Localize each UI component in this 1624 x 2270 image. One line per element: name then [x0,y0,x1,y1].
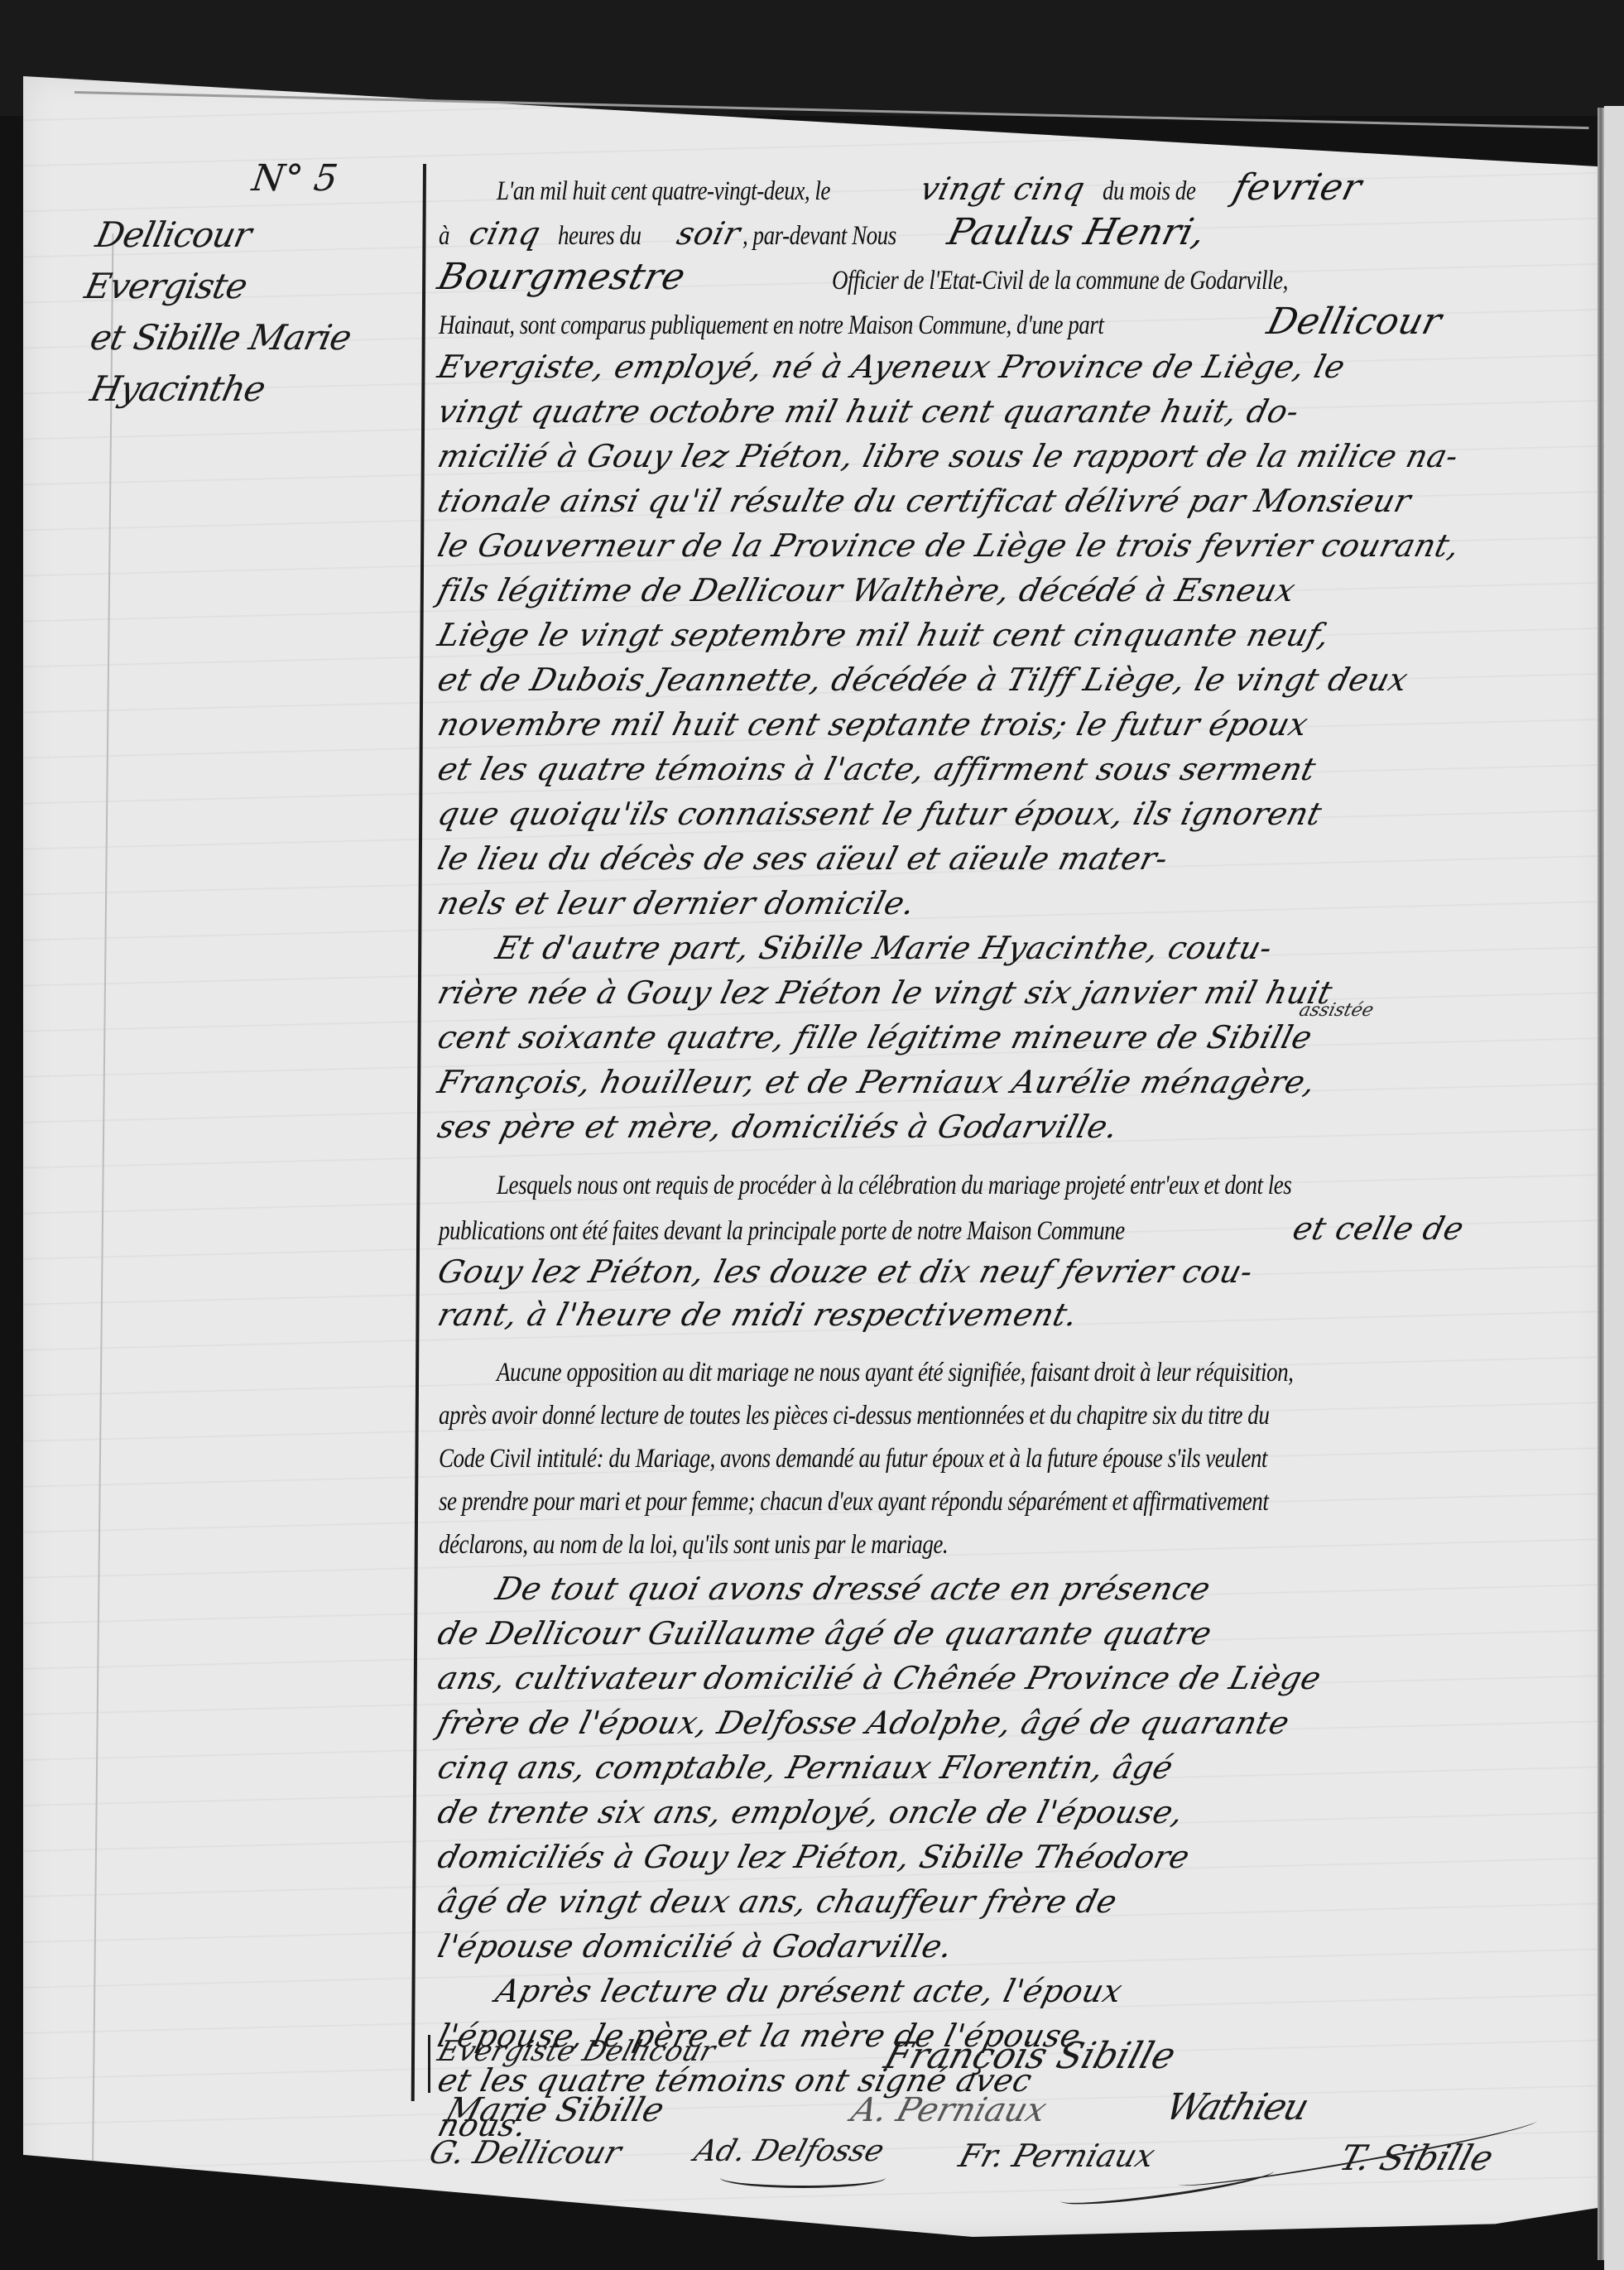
handwritten-line: cent soixante quatre, fille légitime min… [433,1015,1317,1060]
printed-text: Code Civil intitulé: du Mariage, avons d… [439,1437,1267,1480]
margin-name-line: Hyacinthe [85,363,419,415]
act-body: L'an mil huit cent quatre-vingt-deux, le… [439,166,1581,2147]
handwritten-officer-title: Bourgmestre [433,255,689,300]
signature-bride-father: François Sibille [880,2035,1180,2077]
printed-text: du mois de [1103,169,1195,214]
handwritten-line: ses père et mère, domiciliés à Godarvill… [433,1104,1123,1149]
margin-name-line: et Sibille Marie [85,312,419,363]
signature-witness-delfosse: Ad. Delfosse [690,2134,888,2168]
signature-bride: Marie Sibille [441,2091,668,2129]
handwritten-period: soir [672,211,745,256]
handwritten-line: Liège le vingt septembre mil huit cent c… [433,613,1334,657]
handwritten-line: cinq ans, comptable, Perniaux Florentin,… [433,1745,1178,1790]
signature-bride-mother: A. Perniaux [847,2091,1050,2129]
handwritten-line: novembre mil huit cent septante trois; l… [433,702,1313,747]
handwritten-line: fils légitime de Dellicour Walthère, déc… [433,568,1300,613]
groom-paragraph: Evergiste, employé, né à Ayeneux Provinc… [439,344,1581,926]
printed-text: déclarons, au nom de la loi, qu'ils sont… [439,1523,948,1566]
handwritten-line: Evergiste, employé, né à Ayeneux Provinc… [433,344,1350,389]
handwritten-line: vingt quatre octobre mil huit cent quara… [433,389,1304,434]
handwritten-line: de Dellicour Guillaume âgé de quarante q… [433,1611,1217,1656]
handwritten-line: Après lecture du présent acte, l'époux [491,1969,1127,2013]
opening-line-4: Hainaut, sont comparus publiquement en n… [439,300,1581,344]
printed-text: Officier de l'Etat-Civil de la commune d… [832,258,1288,303]
handwritten-day: vingt cinq [916,166,1090,211]
handwritten-line: le lieu du décès de ses aïeul et aïeule … [433,836,1173,881]
witnesses-paragraph: De tout quoi avons dressé acte en présen… [439,1566,1581,1969]
bride-paragraph: Et d'autre part, Sibille Marie Hyacinthe… [439,926,1581,1149]
handwritten-line: que quoiqu'ils connaissent le futur épou… [433,791,1327,836]
printed-text: après avoir donné lecture de toutes les … [439,1394,1269,1437]
handwritten-line: domiciliés à Gouy lez Piéton, Sibille Th… [433,1835,1194,1879]
binding-margin-line [92,233,114,2204]
printed-text: heures du [558,214,641,258]
handwritten-line: ans, cultivateur domicilié à Chênée Prov… [433,1656,1326,1700]
handwritten-hour: cinq [464,211,545,256]
margin-column: N° 5 Dellicour Evergiste et Sibille Mari… [91,157,414,415]
printed-text: Hainaut, sont comparus publiquement en n… [439,303,1103,348]
handwritten-text: rant, à l'heure de midi respectivement. [434,1293,1083,1336]
handwritten-line: micilié à Gouy lez Piéton, libre sous le… [433,434,1463,479]
signature-groom: Evergiste Dellicour [434,2035,718,2068]
margin-name-line: Dellicour Evergiste [80,209,425,312]
handwritten-officer-name: Paulus Henri, [943,210,1210,255]
printed-text: L'an mil huit cent quatre-vingt-deux, le [497,169,830,214]
handwritten-line: frère de l'époux, Delfosse Adolphe, âgé … [433,1700,1294,1745]
handwritten-line: et les quatre témoins à l'acte, affirmen… [433,747,1320,791]
interlinear-insertion: assistée [1297,1000,1376,1021]
printed-text: à [439,214,449,258]
handwritten-line: nels et leur dernier domicile. [433,881,920,926]
adjacent-page-edge [1604,106,1624,2270]
handwritten-line: l'épouse domicilié à Godarville. [433,1924,958,1969]
signature-witness-perniaux: Fr. Perniaux [955,2138,1160,2174]
handwritten-groom-surname: Dellicour [1262,300,1446,344]
signature-flourish [720,2167,886,2188]
handwritten-line: tionale ainsi qu'il résulte du certifica… [433,479,1415,523]
handwritten-line: rière née à Gouy lez Piéton le vingt six… [433,970,1337,1015]
handwritten-line: le Gouverneur de la Province de Liège le… [433,523,1464,568]
opening-line-3: Bourgmestre Officier de l'Etat-Civil de … [439,255,1581,300]
handwritten-line: de trente six ans, employé, oncle de l'é… [433,1790,1189,1835]
handwritten-text: et celle de [1288,1207,1468,1250]
act-number: N° 5 [249,157,416,200]
handwritten-month: fevrier [1229,166,1367,210]
declaration-section: Aucune opposition au dit mariage ne nous… [439,1351,1581,1566]
opening-section: L'an mil huit cent quatre-vingt-deux, le… [439,166,1581,344]
printed-text: publications ont été faites devant la pr… [439,1210,1125,1253]
printed-text: Aucune opposition au dit mariage ne nous… [497,1351,1293,1394]
handwritten-line: De tout quoi avons dressé acte en présen… [491,1566,1215,1611]
printed-text: se prendre pour mari et pour femme; chac… [439,1480,1268,1523]
handwritten-line: et de Dubois Jeannette, décédée à Tilff … [433,657,1413,702]
publications-section: Lesquels nous ont requis de procéder à l… [439,1164,1581,1336]
signature-witness-dellicour: G. Dellicour [425,2134,626,2171]
handwritten-line: âgé de vingt deux ans, chauffeur frère d… [433,1879,1122,1924]
handwritten-line: François, houilleur, et de Perniaux Auré… [433,1060,1320,1104]
printed-text: Lesquels nous ont requis de procéder à l… [497,1164,1291,1207]
handwritten-text: Gouy lez Piéton, les douze et dix neuf f… [434,1250,1258,1293]
signature-officer: Wathieu [1161,2086,1313,2128]
opening-line-2: à cinq heures du soir , par-devant Nous … [439,210,1581,255]
printed-text: , par-devant Nous [742,214,896,258]
signature-block: Evergiste Dellicour François Sibille Mar… [389,2035,1598,2200]
signature-divider-rule [428,2035,430,2093]
page-gutter [1598,108,1604,2260]
handwritten-line: Et d'autre part, Sibille Marie Hyacinthe… [491,926,1277,970]
opening-line-1: L'an mil huit cent quatre-vingt-deux, le… [439,166,1581,210]
